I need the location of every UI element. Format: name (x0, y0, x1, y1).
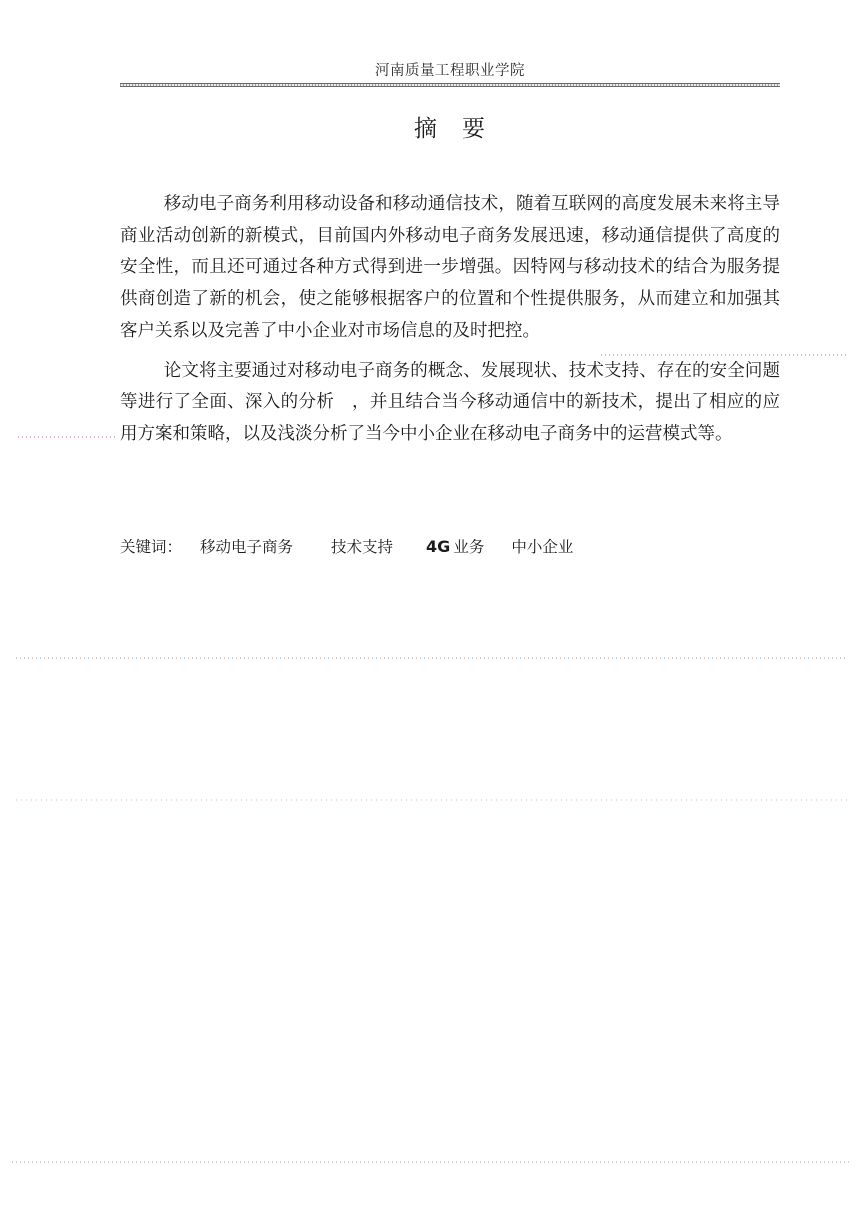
document-page: 河南质量工程职业学院 摘 要 移动电子商务利用移动设备和移动通信技术，随着互联网… (0, 0, 860, 1218)
keyword-mobile-ecommerce: 移动电子商务 (200, 538, 293, 556)
keyword-sme: 中小企业 (511, 538, 573, 556)
abstract-paragraph-2: 论文将主要通过对移动电子商务的概念、发展现状、技术支持、存在的安全问题等进行了全… (120, 356, 780, 451)
scan-artifact-line-5 (12, 1161, 852, 1163)
keyword-4g-business: 4G业务 (426, 538, 484, 556)
scan-artifact-line-3 (16, 657, 848, 659)
header-rule (120, 83, 780, 87)
page-header-school-name: 河南质量工程职业学院 (120, 59, 780, 80)
scan-artifact-line-4 (16, 799, 848, 801)
keyword-tech-support: 技术支持 (331, 538, 393, 556)
scan-artifact-line-2 (18, 436, 116, 438)
abstract-title: 摘 要 (120, 110, 780, 143)
abstract-body: 移动电子商务利用移动设备和移动通信技术，随着互联网的高度发展未来将主导商业活动创… (120, 189, 780, 451)
keywords-row: 关键词：移动电子商务技术支持4G业务中小企业 (120, 535, 573, 557)
abstract-paragraph-1: 移动电子商务利用移动设备和移动通信技术，随着互联网的高度发展未来将主导商业活动创… (120, 189, 780, 348)
keyword-4g-bold-part: 4G (426, 537, 450, 556)
keywords-label: 关键词： (120, 538, 182, 556)
keyword-4g-rest-part: 业务 (453, 538, 484, 556)
